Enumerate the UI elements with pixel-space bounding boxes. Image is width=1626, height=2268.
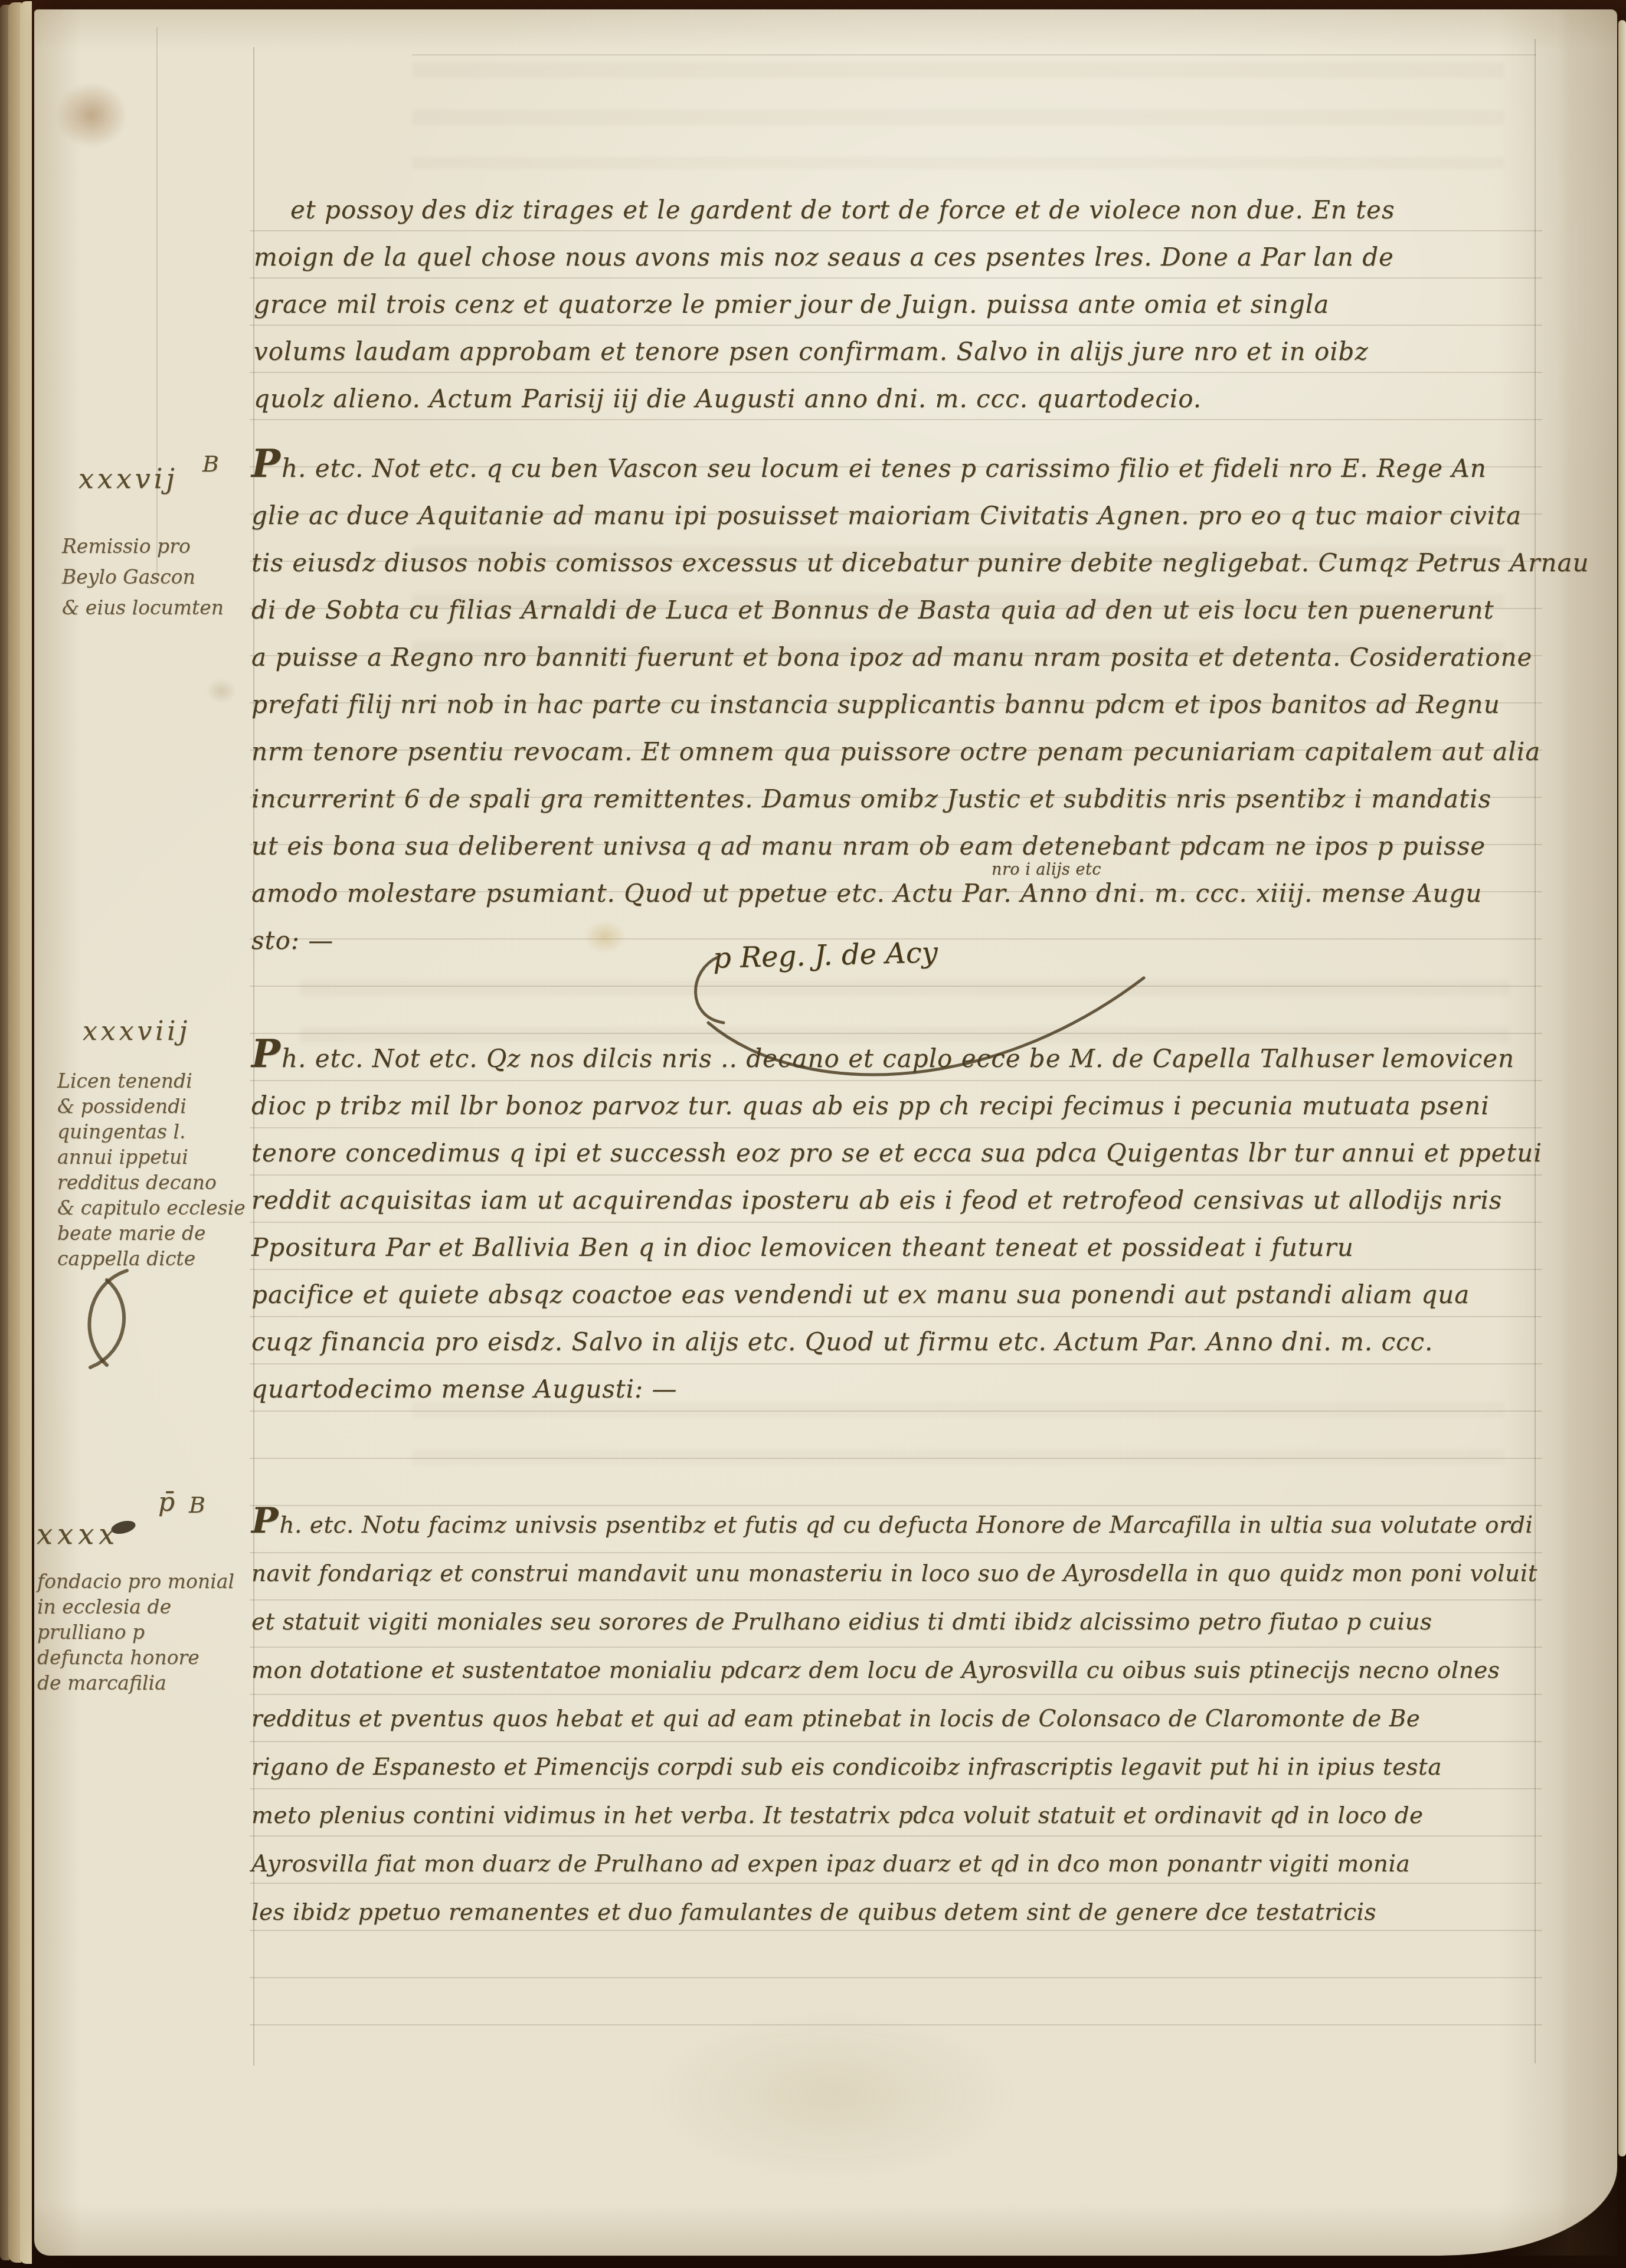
manuscript-line: mon dotatione et sustentatoe monialiu pd… <box>251 1647 1537 1695</box>
verso-show-through <box>412 63 1504 169</box>
leaf-edge-stack-inner <box>20 1 32 2264</box>
margin-line: in ecclesia de <box>37 1594 234 1619</box>
entry-body-xxxvij: Ph. etc. Not etc. q cu ben Vascon seu lo… <box>251 440 1589 964</box>
manuscript-line: volums laudam approbam et tenore psen co… <box>254 328 1395 375</box>
continuation-text-block: et possoy des diz tirages et le gardent … <box>254 186 1395 423</box>
margin-line: quingentas l. <box>57 1119 246 1144</box>
manuscript-line: dioc p tribz mil lbr bonoz parvoz tur. q… <box>251 1082 1542 1130</box>
manuscript-line: Ph. etc. Notu facimz univsis psentibz et… <box>251 1497 1537 1550</box>
margin-rubric-fondacio: fondacio pro monialin ecclesia deprullia… <box>37 1569 234 1696</box>
manuscript-line: nrm tenore psentiu revocam. Et omnem qua… <box>251 728 1589 775</box>
margin-line: redditus decano <box>57 1170 246 1195</box>
margin-line: annui ippetui <box>57 1144 246 1170</box>
manuscript-line: les ibidz ppetuo remanentes et duo famul… <box>251 1889 1537 1937</box>
interlinear-insertion: nro i alijs etc <box>992 860 1101 879</box>
margin-line: prulliano p <box>37 1619 234 1645</box>
registry-mark-b-icon: B <box>189 1492 205 1518</box>
manuscript-line: prefati filij nri nob in hac parte cu in… <box>251 681 1589 728</box>
top-header-ruling <box>412 54 1536 55</box>
entry-number-xxxvij: xxxvij <box>78 463 178 495</box>
registry-mark-p-icon: p̄ <box>158 1487 175 1517</box>
manuscript-line: navit fondariqz et construi mandavit unu… <box>251 1550 1537 1598</box>
manuscript-line: amodo molestare psumiant. Quod ut ppetue… <box>251 870 1589 917</box>
manuscript-line: tenore concedimus q ipi et successh eoz … <box>251 1130 1542 1177</box>
leaf-edge-stack-middle <box>8 2 21 2263</box>
manuscript-line: moign de la quel chose nous avons mis no… <box>254 234 1395 281</box>
manuscript-line: Ph. etc. Not etc. q cu ben Vascon seu lo… <box>251 440 1589 492</box>
manuscript-line: et possoy des diz tirages et le gardent … <box>254 186 1395 234</box>
entry-number-xxxx: xxxx <box>37 1518 119 1551</box>
next-folio-edge <box>1618 20 1626 2156</box>
margin-line: Remissio pro <box>62 531 224 562</box>
manuscript-line: a puisse a Regno nro banniti fuerunt et … <box>251 634 1589 681</box>
manuscript-line: et statuit vigiti moniales seu sorores d… <box>251 1598 1537 1647</box>
margin-line: fondacio pro monial <box>37 1569 234 1594</box>
margin-line: & eius locumten <box>62 593 224 623</box>
manuscript-line: pacifice et quiete absqz coactoe eas ven… <box>251 1271 1542 1318</box>
manuscript-line: di de Sobta cu filias Arnaldi de Luca et… <box>251 587 1589 634</box>
registry-mark-icon: B <box>202 451 219 477</box>
margin-line: Beylo Gascon <box>62 562 224 593</box>
paraph-flourish-icon <box>61 1264 161 1387</box>
margin-line: & capitulo ecclesie <box>57 1195 246 1220</box>
manuscript-scan: et possoy des diz tirages et le gardent … <box>0 0 1626 2268</box>
entry-body-xxxviij: Ph. etc. Not etc. Qz nos dilcis nris .. … <box>251 1030 1542 1413</box>
margin-line: Licen tenendi <box>57 1068 246 1094</box>
manuscript-line: quartodecimo mense Augusti: — <box>251 1366 1542 1413</box>
entry-number-xxxviij: xxxviij <box>83 1016 191 1046</box>
manuscript-line: grace mil trois cenz et quatorze le pmie… <box>254 281 1395 328</box>
manuscript-line: Ayrosvilla fiat mon duarz de Prulhano ad… <box>251 1840 1537 1889</box>
margin-line: defuncta honore <box>37 1645 234 1670</box>
manuscript-line: Ph. etc. Not etc. Qz nos dilcis nris .. … <box>251 1030 1542 1082</box>
manuscript-line: incurrerint 6 de spali gra remittentes. … <box>251 775 1589 823</box>
parchment-page: et possoy des diz tirages et le gardent … <box>34 9 1617 2256</box>
margin-line: beate marie de <box>57 1220 246 1246</box>
manuscript-line: quolz alieno. Actum Parisij iij die Augu… <box>254 375 1395 423</box>
manuscript-line: meto plenius contini vidimus in het verb… <box>251 1792 1537 1840</box>
verso-show-through <box>412 1402 1504 1491</box>
margin-rubric-licencia: Licen tenendi& possidendiquingentas l.an… <box>57 1068 246 1271</box>
margin-line: & possidendi <box>57 1094 246 1119</box>
margin-line: de marcafilia <box>37 1670 234 1696</box>
manuscript-line: tis eiusdz diusos nobis comissos excessu… <box>251 539 1589 587</box>
parchment-stain <box>56 83 127 148</box>
entry-body-xxxx: Ph. etc. Notu facimz univsis psentibz et… <box>251 1497 1537 1937</box>
margin-rubric-remissio: Remissio proBeylo Gascon& eius locumten <box>62 531 224 623</box>
manuscript-line: rigano de Espanesto et Pimencijs corpdi … <box>251 1743 1537 1792</box>
manuscript-line: cuqz financia pro eisdz. Salvo in alijs … <box>251 1318 1542 1366</box>
manuscript-line: redditus et pventus quos hebat et qui ad… <box>251 1695 1537 1743</box>
manuscript-line: Ppositura Par et Ballivia Ben q in dioc … <box>251 1224 1542 1271</box>
manuscript-line: reddit acquisitas iam ut acquirendas ipo… <box>251 1177 1542 1224</box>
parchment-stain <box>207 679 236 703</box>
manuscript-line: ut eis bona sua deliberent univsa q ad m… <box>251 823 1589 870</box>
parchment-stain <box>649 2007 1015 2184</box>
manuscript-line: glie ac duce Aquitanie ad manu ipi posui… <box>251 492 1589 539</box>
